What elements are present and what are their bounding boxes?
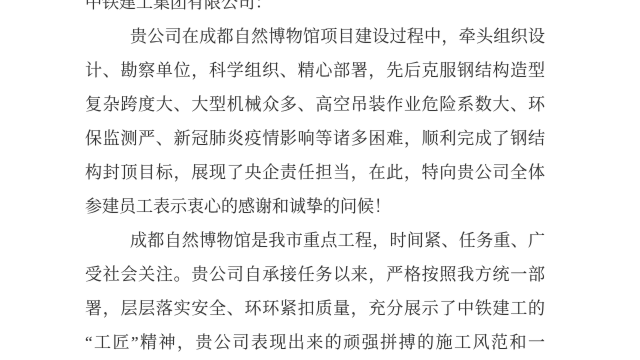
text-line: 参建员工表示衷心的感谢和诚挚的问候！ bbox=[85, 190, 545, 224]
salutation-line: 中铁建工集团有限公司： bbox=[85, 0, 545, 20]
document-page: 中铁建工集团有限公司： 贵公司在成都自然博物馆项目建设过程中，牵头组织设 计、勘… bbox=[0, 0, 640, 360]
text-line: “工匠”精神，贵公司表现出来的顽强拼搏的施工风范和一 bbox=[85, 326, 545, 360]
letter-body: 中铁建工集团有限公司： 贵公司在成都自然博物馆项目建设过程中，牵头组织设 计、勘… bbox=[85, 0, 545, 360]
text-line: 计、勘察单位，科学组织、精心部署，先后克服钢结构造型 bbox=[85, 54, 545, 88]
text-line: 复杂跨度大、大型机械众多、高空吊装作业危险系数大、环 bbox=[85, 88, 545, 122]
text-line: 成都自然博物馆是我市重点工程，时间紧、任务重、广 bbox=[85, 224, 545, 258]
text-line: 保监测严、新冠肺炎疫情影响等诸多困难，顺利完成了钢结 bbox=[85, 122, 545, 156]
text-line: 构封顶目标，展现了央企责任担当，在此，特向贵公司全体 bbox=[85, 156, 545, 190]
text-line: 受社会关注。贵公司自承接任务以来，严格按照我方统一部 bbox=[85, 258, 545, 292]
text-line: 署，层层落实安全、环环紧扣质量，充分展示了中铁建工的 bbox=[85, 292, 545, 326]
text-line: 贵公司在成都自然博物馆项目建设过程中，牵头组织设 bbox=[85, 20, 545, 54]
